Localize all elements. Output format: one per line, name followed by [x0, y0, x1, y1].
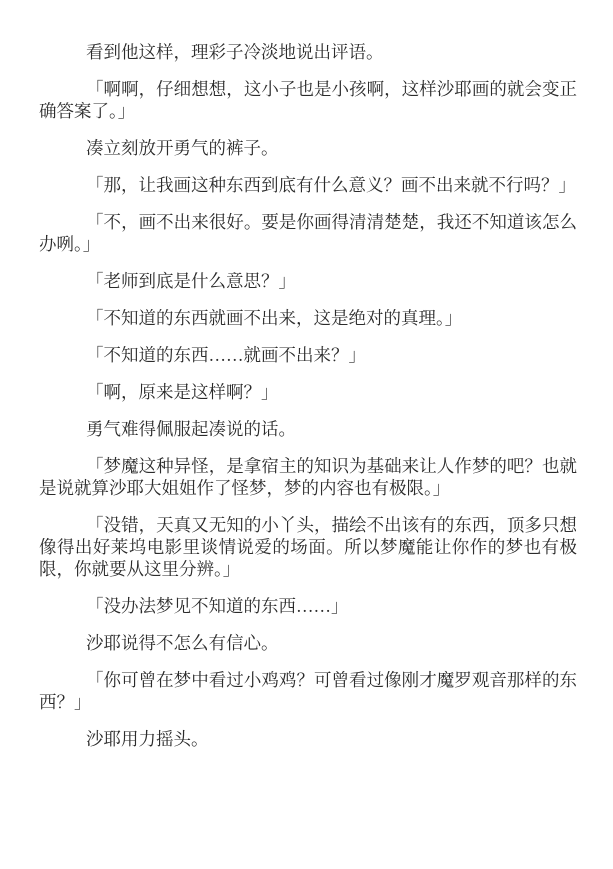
- paragraph: 「那，让我画这种东西到底有什么意义？画不出来就不行吗？」: [39, 174, 577, 196]
- paragraph: 沙耶用力摇头。: [39, 728, 577, 750]
- paragraph: 「啊，原来是这样啊？」: [39, 381, 577, 403]
- paragraph: 「不，画不出来很好。要是你画得清清楚楚，我还不知道该怎么办咧。」: [39, 211, 577, 255]
- paragraph: 「梦魔这种异怪，是拿宿主的知识为基础来让人作梦的吧？也就是说就算沙耶大姐姐作了怪…: [39, 455, 577, 499]
- document-page: 看到他这样，理彩子冷淡地说出评语。「啊啊，仔细想想，这小子也是小孩啊，这样沙耶画…: [0, 0, 613, 869]
- paragraph: 沙耶说得不怎么有信心。: [39, 632, 577, 654]
- paragraph: 勇气难得佩服起凑说的话。: [39, 418, 577, 440]
- page-body: 看到他这样，理彩子冷淡地说出评语。「啊啊，仔细想想，这小子也是小孩啊，这样沙耶画…: [0, 0, 613, 750]
- paragraph: 凑立刻放开勇气的裤子。: [39, 137, 577, 159]
- paragraph: 「你可曾在梦中看过小鸡鸡？可曾看过像刚才魔罗观音那样的东西？」: [39, 669, 577, 713]
- paragraph: 「不知道的东西……就画不出来？」: [39, 344, 577, 366]
- paragraph: 「不知道的东西就画不出来，这是绝对的真理。」: [39, 307, 577, 329]
- paragraph: 「没办法梦见不知道的东西……」: [39, 595, 577, 617]
- paragraph: 看到他这样，理彩子冷淡地说出评语。: [39, 41, 577, 63]
- paragraph: 「没错，天真又无知的小丫头，描绘不出该有的东西，顶多只想像得出好莱坞电影里谈情说…: [39, 514, 577, 580]
- paragraph: 「老师到底是什么意思？」: [39, 270, 577, 292]
- paragraph: 「啊啊，仔细想想，这小子也是小孩啊，这样沙耶画的就会变正确答案了。」: [39, 78, 577, 122]
